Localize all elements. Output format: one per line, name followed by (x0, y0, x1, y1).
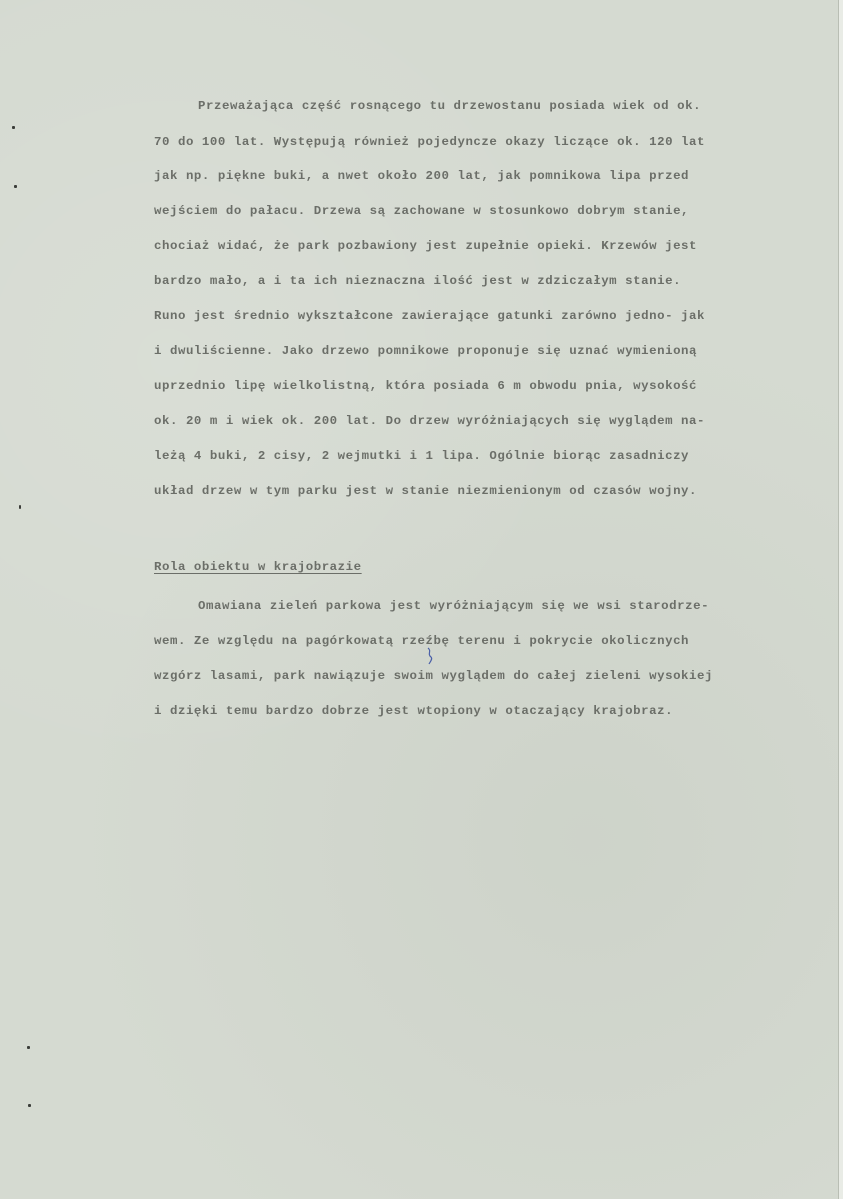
paragraph-1-line-3: jak np. piękne buki, a nwet około 200 la… (154, 168, 689, 184)
pen-correction-mark (425, 647, 435, 665)
paragraph-1-line-8: i dwuliścienne. Jako drzewo pomnikowe pr… (154, 343, 697, 359)
paragraph-1-line-12: układ drzew w tym parku jest w stanie ni… (154, 483, 697, 499)
paragraph-1-line-10: ok. 20 m i wiek ok. 200 lat. Do drzew wy… (154, 413, 705, 429)
margin-dot-mark (12, 126, 15, 129)
margin-dot-mark (27, 1046, 30, 1049)
margin-dot-mark (14, 185, 17, 188)
paragraph-2-line-2: wem. Ze względu na pagórkowatą rzeźbę te… (154, 633, 689, 649)
paragraph-1-line-1: Przeważająca część rosnącego tu drzewost… (198, 98, 701, 114)
section-heading: Rola obiektu w krajobrazie (154, 560, 362, 574)
document-page: Przeważająca część rosnącego tu drzewost… (0, 0, 839, 1199)
paragraph-2-line-4: i dzięki temu bardzo dobrze jest wtopion… (154, 703, 673, 719)
paragraph-1-line-4: wejściem do pałacu. Drzewa są zachowane … (154, 203, 689, 219)
paragraph-2-line-3: wzgórz lasami, park nawiązuje swoim wygl… (154, 668, 713, 684)
margin-dot-mark (19, 505, 21, 509)
paragraph-1-line-9: uprzednio lipę wielkolistną, która posia… (154, 378, 697, 394)
paragraph-1-line-7: Runo jest średnio wykształcone zawierają… (154, 308, 705, 324)
paragraph-1-line-6: bardzo mało, a i ta ich nieznaczna ilość… (154, 273, 681, 289)
paragraph-1-line-11: leżą 4 buki, 2 cisy, 2 wejmutki i 1 lipa… (154, 448, 689, 464)
margin-dot-mark (28, 1104, 31, 1107)
paragraph-1-line-5: chociaż widać, że park pozbawiony jest z… (154, 238, 697, 254)
paragraph-1-line-2: 70 do 100 lat. Występują również pojedyn… (154, 134, 705, 150)
page-edge (838, 0, 843, 1199)
paragraph-2-line-1: Omawiana zieleń parkowa jest wyróżniając… (198, 598, 709, 614)
